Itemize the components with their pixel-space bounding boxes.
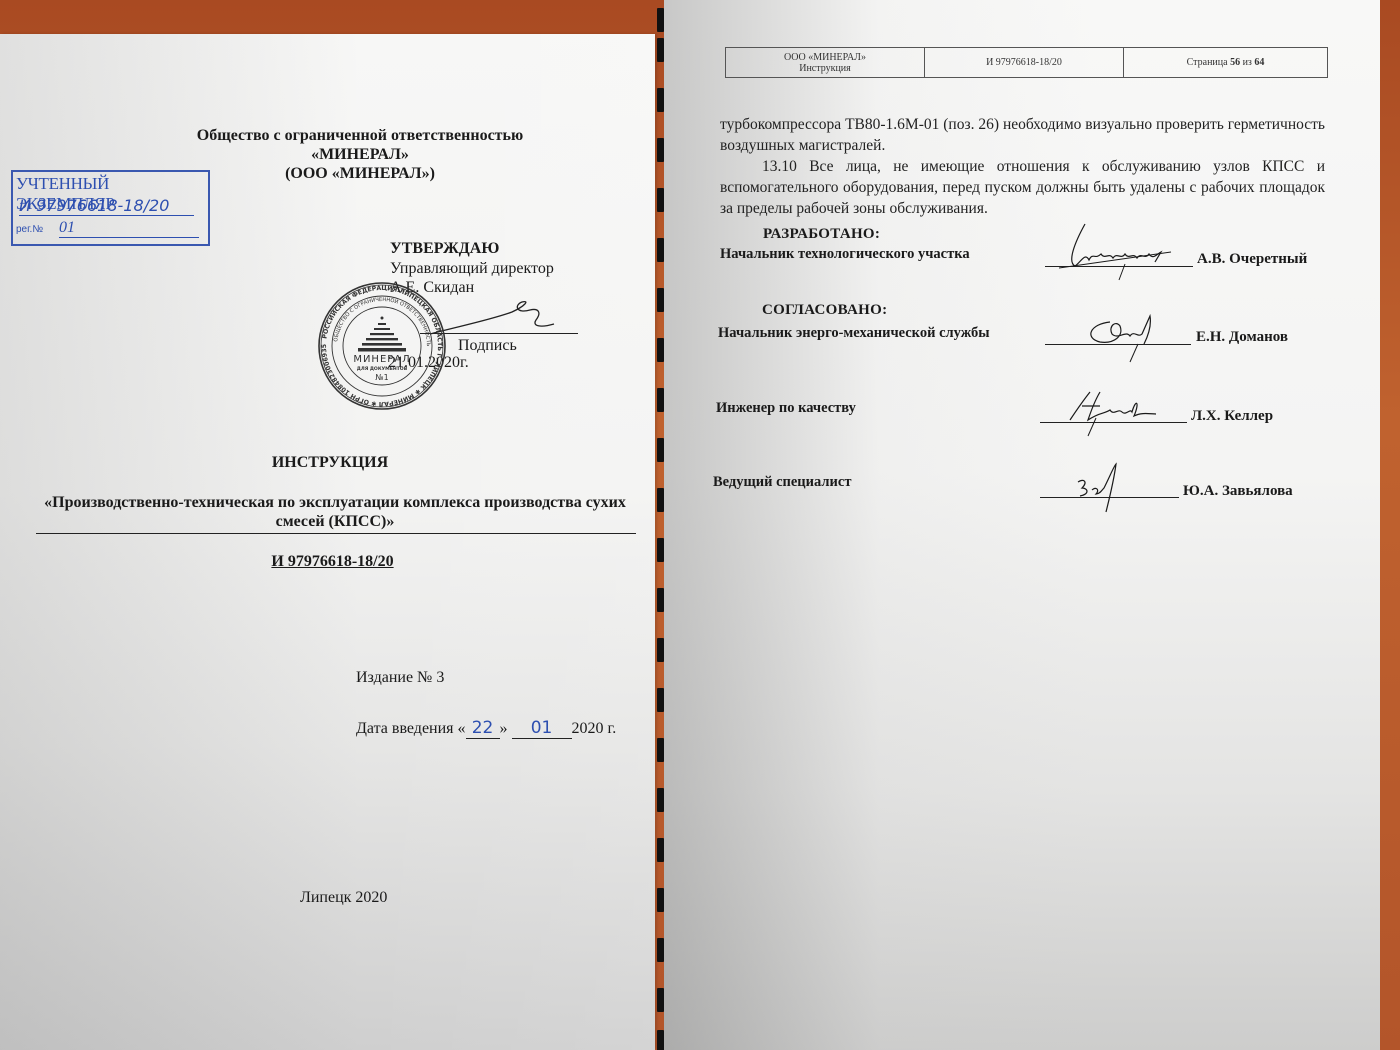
document-code: И 97976618-18/20: [0, 553, 665, 571]
document-type: ИНСТРУКЦИЯ: [0, 454, 660, 472]
approval-heading: УТВЕРЖДАЮ: [390, 240, 499, 258]
title-underline: [36, 533, 636, 534]
signer-signature-lead: [1070, 460, 1140, 518]
signature-label: Подпись: [458, 337, 517, 355]
developer-signature: [1045, 222, 1185, 282]
company-seal-icon: РОССИЙСКАЯ ФЕДЕРАЦИЯ ЛИПЕЦКАЯ ОБЛАСТЬ Г.…: [316, 280, 448, 412]
developed-heading: РАЗРАБОТАНО:: [763, 226, 880, 243]
comb-binding: [656, 0, 664, 1050]
page-header-table: ООО «МИНЕРАЛ» Инструкция И 97976618-18/2…: [725, 47, 1328, 78]
header-code: И 97976618-18/20: [925, 48, 1124, 77]
intro-date-label: Дата введения «: [356, 720, 466, 737]
approver-signature: [430, 296, 560, 338]
paragraph-continuation: турбокомпрессора ТВ80-1.6М-01 (поз. 26) …: [720, 114, 1325, 156]
signer-role-quality: Инженер по качеству: [716, 400, 856, 417]
header-page-number: Страница 56 из 64: [1124, 48, 1327, 77]
svg-text:ДЛЯ ДОКУМЕНТОВ: ДЛЯ ДОКУМЕНТОВ: [357, 366, 408, 372]
city-year: Липецк 2020: [300, 889, 387, 907]
signer-signature-energy: [1080, 308, 1170, 363]
paragraph-13-10: 13.10 Все лица, не имеющие отношения к о…: [720, 156, 1325, 219]
org-line1: Общество с ограниченной ответственностью: [150, 126, 570, 145]
intro-date-quote: »: [500, 720, 508, 737]
developer-role: Начальник технологического участка: [720, 246, 970, 263]
signer-role-lead: Ведущий специалист: [713, 474, 851, 491]
signer-role-energy: Начальник энерго-механической службы: [718, 325, 990, 342]
body-text: турбокомпрессора ТВ80-1.6М-01 (поз. 26) …: [720, 114, 1325, 219]
intro-date-year: 2020 г.: [572, 720, 617, 737]
header-doc-kind: Инструкция: [799, 63, 851, 74]
developer-name: А.В. Очеретный: [1197, 251, 1307, 268]
page-sep: из: [1243, 57, 1252, 68]
intro-date-month: 01: [512, 718, 572, 739]
page-total: 64: [1254, 57, 1264, 68]
signer-name-quality: Л.Х. Келлер: [1191, 408, 1273, 425]
registered-copy-stamp: УЧТЕННЫЙ ЭКЗЕМПЛЯР И 97976618-18/20 рег.…: [11, 170, 210, 246]
svg-text:МИНЕРАЛ: МИНЕРАЛ: [353, 354, 410, 365]
introduction-date: Дата введения «22» 012020 г.: [356, 718, 616, 739]
svg-text:№1: №1: [375, 373, 388, 382]
agreed-heading: СОГЛАСОВАНО:: [762, 302, 887, 319]
organization-name: Общество с ограниченной ответственностью…: [150, 126, 570, 183]
stamp-reg-value: 01: [59, 219, 199, 238]
stamp-document-number: И 97976618-18/20: [19, 196, 194, 216]
approver-position: Управляющий директор: [390, 260, 554, 278]
header-org: ООО «МИНЕРАЛ»: [784, 52, 866, 63]
org-line2: «МИНЕРАЛ»: [150, 145, 570, 164]
edition-number: Издание № 3: [356, 669, 444, 687]
document-title: «Производственно-техническая по эксплуат…: [30, 493, 640, 531]
svg-text:РОССИЙСКАЯ ФЕДЕРАЦИЯ ЛИПЕЦКАЯ: РОССИЙСКАЯ ФЕДЕРАЦИЯ ЛИПЕЦКАЯ ОБЛАСТЬ Г.…: [321, 285, 443, 407]
intro-date-day: 22: [466, 718, 500, 739]
page-current: 56: [1230, 57, 1240, 68]
stamp-reg-label: рег.№: [16, 224, 43, 235]
signer-name-lead: Ю.А. Завьялова: [1183, 483, 1293, 500]
header-org-cell: ООО «МИНЕРАЛ» Инструкция: [726, 48, 925, 77]
signer-name-energy: Е.Н. Доманов: [1196, 329, 1288, 346]
signer-signature-quality: [1060, 388, 1160, 438]
page-label: Страница: [1187, 57, 1228, 68]
org-line3: (ООО «МИНЕРАЛ»): [150, 164, 570, 183]
